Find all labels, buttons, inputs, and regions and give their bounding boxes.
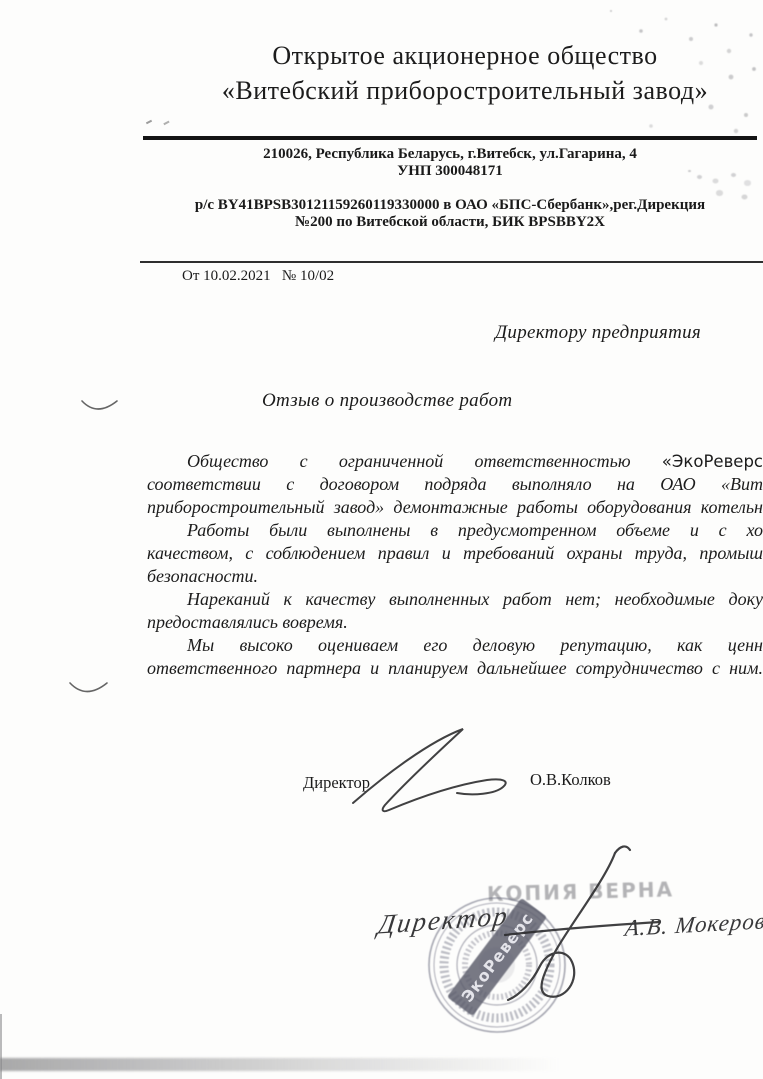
body-line: ответственного партнера и планируем даль… (147, 657, 763, 680)
scan-edge-line-left (0, 1014, 2, 1079)
bank-account-line: р/с BY41BPSB30121159260119330000 в ОАО «… (150, 197, 750, 214)
recipient-line: Директору предприятия (495, 322, 701, 344)
contractor-name: «ЭкоРеверс (662, 452, 763, 471)
director-signature-scribble (345, 723, 525, 818)
body-line: Общество с ограниченной ответственностью… (147, 450, 763, 473)
pen-mark-arc-1 (80, 395, 122, 423)
body-line: приборостроительный завод» демонтажные р… (147, 496, 763, 519)
date-and-number: От 10.02.2021 № 10/02 (182, 268, 334, 285)
contact-block: 210026, Республика Беларусь, г.Витебск, … (150, 146, 750, 231)
bank-bic-line: №200 по Витебской области, БИК BPSBBY2X (150, 214, 750, 231)
letter-body: Общество с ограниченной ответственностью… (147, 450, 763, 680)
scan-edge-shadow-bottom (0, 1058, 560, 1071)
scan-noise-top-right (610, 10, 612, 12)
company-name-line1: Открытое акционерное общество (115, 38, 763, 73)
body-text: Общество с ограниченной ответственностью (187, 451, 631, 471)
body-line: Работы были выполнены в предусмотренном … (147, 519, 763, 542)
letterhead-divider (143, 136, 757, 140)
reference-divider (140, 261, 763, 263)
signer-name: О.В.Колков (530, 770, 611, 790)
scan-noise-right-of-unp (688, 170, 691, 172)
body-line: качеством, с соблюдением правил и требов… (147, 542, 763, 565)
unp-number: УНП 300048171 (150, 163, 750, 180)
pen-mark-arc-2 (68, 676, 112, 706)
scan-speck-marks (146, 120, 152, 125)
postal-address: 210026, Республика Беларусь, г.Витебск, … (150, 146, 750, 163)
body-line: соответствии с договором подряда выполня… (147, 473, 763, 496)
body-line: предоставлялись вовремя. (147, 611, 763, 634)
company-name-line2: «Витебский приборостроительный завод» (115, 73, 763, 108)
subject-line: Отзыв о производстве работ (262, 390, 512, 412)
body-line: Мы высоко оцениваем его деловую репутаци… (147, 634, 763, 657)
body-line: безопасности. (147, 565, 763, 588)
scanned-letter-page: Открытое акционерное общество «Витебский… (0, 0, 763, 1079)
letterhead: Открытое акционерное общество «Витебский… (115, 38, 763, 108)
body-line: Нареканий к качеству выполненных работ н… (147, 588, 763, 611)
bank-details: р/с BY41BPSB30121159260119330000 в ОАО «… (150, 197, 750, 231)
